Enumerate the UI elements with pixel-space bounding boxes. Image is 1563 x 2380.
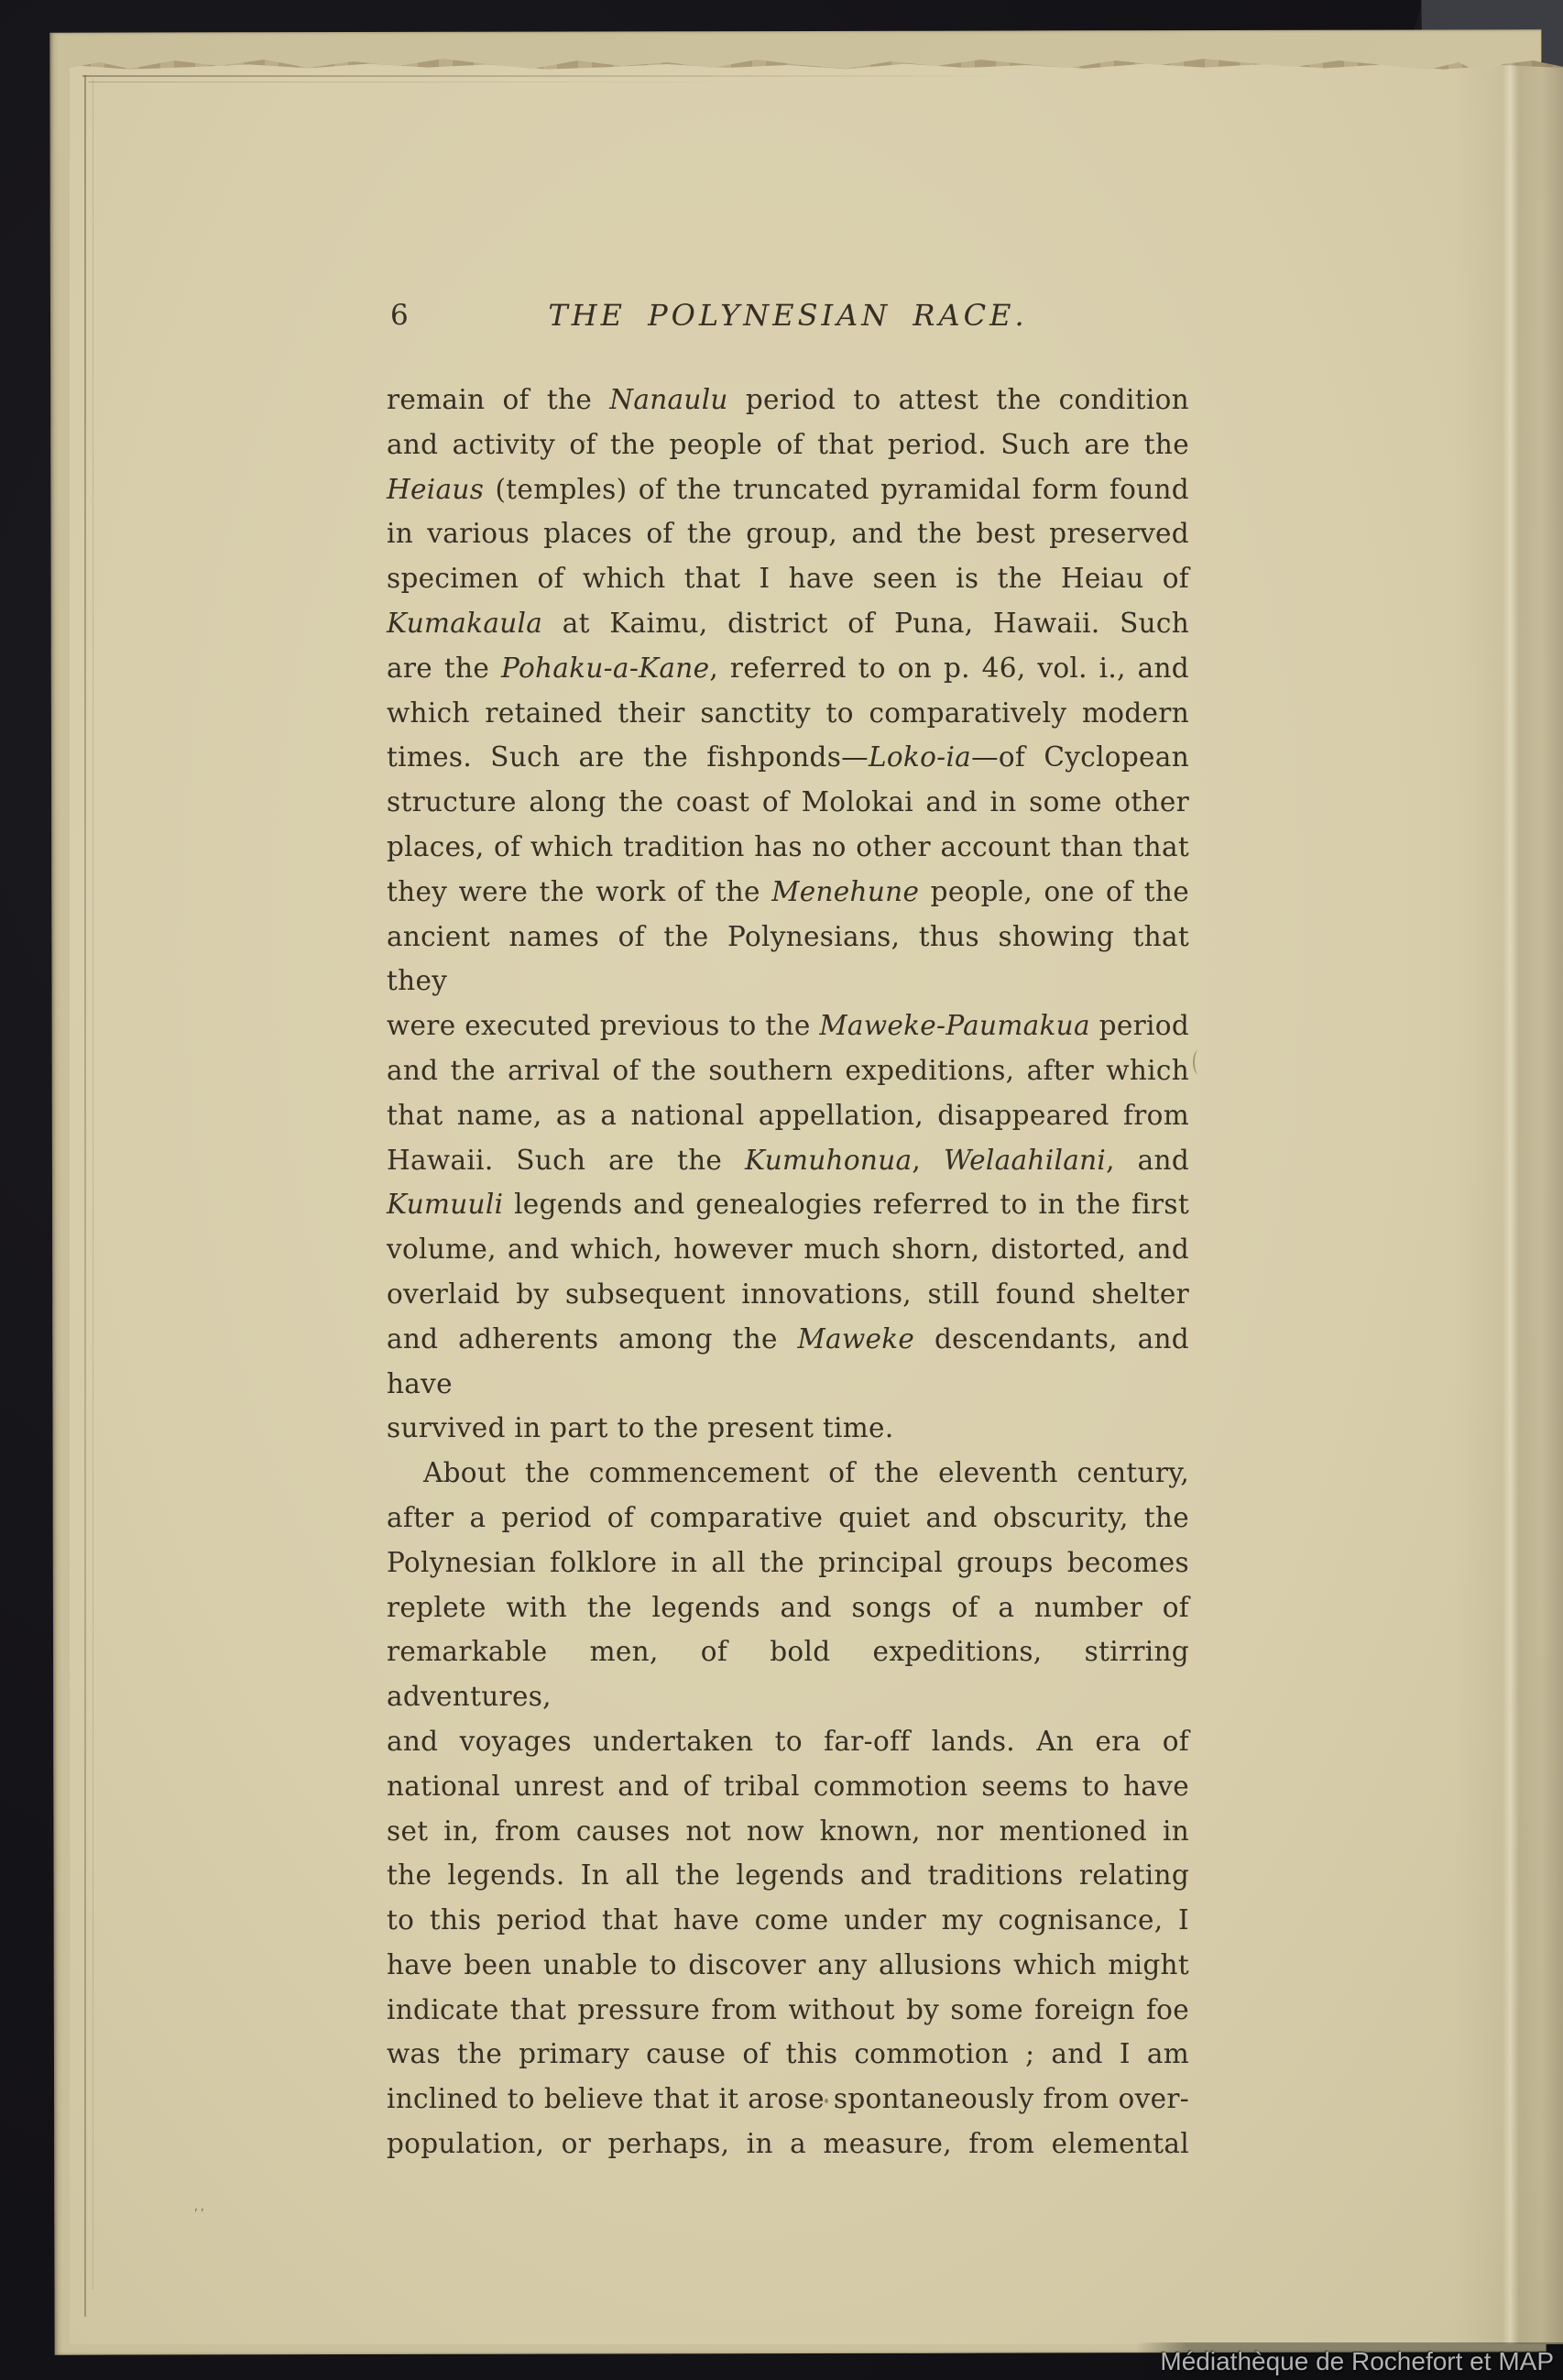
text-line: ancient names of the Polynesians, thus s… [387, 915, 1189, 1004]
text-line: remarkable men, of bold expeditions, sti… [387, 1629, 1189, 1719]
text-line: that name, as a national appellation, di… [387, 1093, 1189, 1138]
page-speck [195, 2209, 206, 2218]
text-line: Polynesian folklore in all the principal… [387, 1541, 1189, 1585]
text-line: and voyages undertaken to far-off lands.… [387, 1719, 1189, 1764]
text-line: indicate that pressure from without by s… [387, 1988, 1189, 2033]
text-line: and adherents among the Maweke descendan… [387, 1317, 1189, 1407]
text-line: was the primary cause of this commotion … [387, 2032, 1189, 2077]
text-line: have been unable to discover any allusio… [387, 1943, 1189, 1988]
text-line: places, of which tradition has no other … [387, 825, 1189, 870]
text-line: the legends. In all the legends and trad… [387, 1853, 1189, 1898]
text-line: set in, from causes not now known, nor m… [387, 1809, 1189, 1854]
text-line: in various places of the group, and the … [387, 511, 1189, 556]
page-number: 6 [390, 293, 410, 337]
text-line: replete with the legends and songs of a … [387, 1585, 1189, 1630]
page-crease-horizontal-2 [88, 82, 760, 82]
text-line: were executed previous to the Maweke-Pau… [387, 1004, 1189, 1048]
page-speck [1193, 1050, 1204, 1074]
text-line: survived in part to the present time. [387, 1406, 1189, 1451]
page-speck [583, 440, 585, 443]
text-line: inclined to believe that it arose sponta… [387, 2077, 1189, 2122]
running-title: THE POLYNESIAN RACE. [387, 293, 1189, 337]
text-line: structure along the coast of Molokai and… [387, 780, 1189, 825]
text-line: population, or perhaps, in a measure, fr… [387, 2122, 1189, 2166]
text-line: and the arrival of the southern expediti… [387, 1048, 1189, 1093]
text-line: Kumakaula at Kaimu, district of Puna, Ha… [387, 601, 1189, 646]
page-header: 6 THE POLYNESIAN RACE. [387, 293, 1189, 337]
text-line: and activity of the people of that perio… [387, 422, 1189, 467]
text-line: remain of the Nanaulu period to attest t… [387, 378, 1189, 422]
scan-background: 6 THE POLYNESIAN RACE. remain of the Nan… [0, 0, 1563, 2380]
text-line: Hawaii. Such are the Kumuhonua, Welaahil… [387, 1138, 1189, 1183]
text-line: About the commencement of the eleventh c… [387, 1451, 1189, 1496]
page-crease-horizontal [82, 75, 1009, 77]
text-line: Kumuuli legends and genealogies referred… [387, 1182, 1189, 1227]
gutter-shadow [1453, 55, 1563, 2344]
page-speck [825, 2099, 828, 2103]
watermark: Médiathèque de Rochefort et MAP [1136, 2342, 1563, 2380]
text-line: are the Pohaku-a-Kane, referred to on p.… [387, 646, 1189, 691]
text-line: national unrest and of tribal commotion … [387, 1764, 1189, 1809]
text-line: they were the work of the Menehune peopl… [387, 870, 1189, 915]
book-page: 6 THE POLYNESIAN RACE. remain of the Nan… [70, 55, 1563, 2344]
text-line: specimen of which that I have seen is th… [387, 556, 1189, 601]
text-line: Heiaus (temples) of the truncated pyrami… [387, 467, 1189, 512]
body-text: remain of the Nanaulu period to attest t… [387, 378, 1189, 2166]
page-crease-vertical [84, 75, 86, 2317]
page-crease-vertical-2 [93, 79, 93, 2289]
text-line: which retained their sanctity to compara… [387, 691, 1189, 736]
text-line: to this period that have come under my c… [387, 1898, 1189, 1943]
text-line: overlaid by subsequent innovations, stil… [387, 1272, 1189, 1317]
text-line: volume, and which, however much shorn, d… [387, 1227, 1189, 1272]
text-line: after a period of comparative quiet and … [387, 1496, 1189, 1541]
text-line: times. Such are the fishponds—Loko-ia—of… [387, 735, 1189, 780]
page-content: 6 THE POLYNESIAN RACE. remain of the Nan… [387, 293, 1189, 2166]
